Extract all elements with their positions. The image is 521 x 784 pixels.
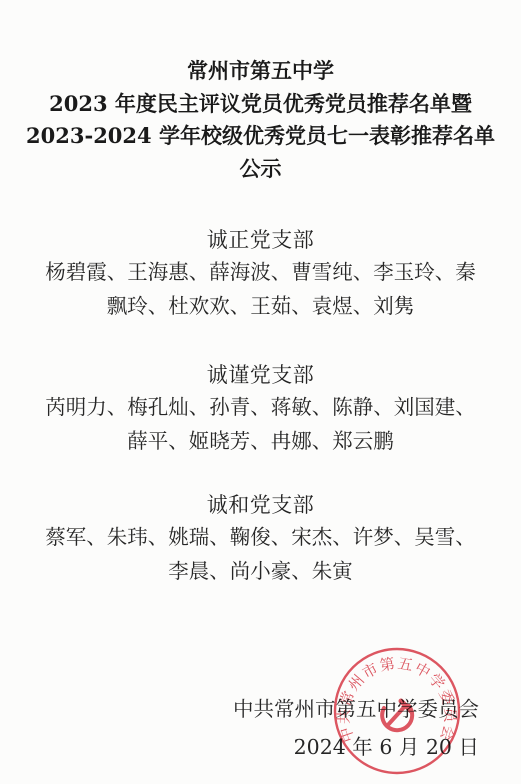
branch-member-names: 杨碧霞、王海惠、薛海波、曹雪纯、李玉玲、秦飘玲、杜欢欢、王茹、袁煜、刘隽: [36, 255, 486, 323]
title-line-3: 2023-2024 学年校级优秀党员七一表彰推荐名单: [0, 120, 521, 153]
branch-heading: 诚和党支部: [0, 490, 521, 520]
branch-member-names: 蔡军、朱玮、姚瑞、鞠俊、宋杰、许梦、吴雪、李晨、尚小豪、朱寅: [36, 520, 486, 588]
title-school-name: 常州市第五中学: [0, 55, 521, 88]
branch-section-chenghe: 诚和党支部 蔡军、朱玮、姚瑞、鞠俊、宋杰、许梦、吴雪、李晨、尚小豪、朱寅: [0, 490, 521, 588]
title-announcement: 公示: [0, 153, 521, 186]
document-page: 常州市第五中学 2023 年度民主评议党员优秀党员推荐名单暨 2023-2024…: [0, 0, 521, 784]
branch-section-chengzheng: 诚正党支部 杨碧霞、王海惠、薛海波、曹雪纯、李玉玲、秦飘玲、杜欢欢、王茹、袁煜、…: [0, 225, 521, 323]
branch-member-names: 芮明力、梅孔灿、孙青、蒋敏、陈静、刘国建、薛平、姬晓芳、冉娜、郑云鹏: [36, 390, 486, 458]
document-title: 常州市第五中学 2023 年度民主评议党员优秀党员推荐名单暨 2023-2024…: [0, 55, 521, 185]
branch-heading: 诚谨党支部: [0, 360, 521, 390]
branch-heading: 诚正党支部: [0, 225, 521, 255]
branch-section-chengjin: 诚谨党支部 芮明力、梅孔灿、孙青、蒋敏、陈静、刘国建、薛平、姬晓芳、冉娜、郑云鹏: [0, 360, 521, 458]
title-line-2: 2023 年度民主评议党员优秀党员推荐名单暨: [0, 88, 521, 121]
official-seal-stamp: 中共常州市第五中学委员会: [332, 646, 462, 776]
party-emblem-icon: [382, 701, 412, 730]
